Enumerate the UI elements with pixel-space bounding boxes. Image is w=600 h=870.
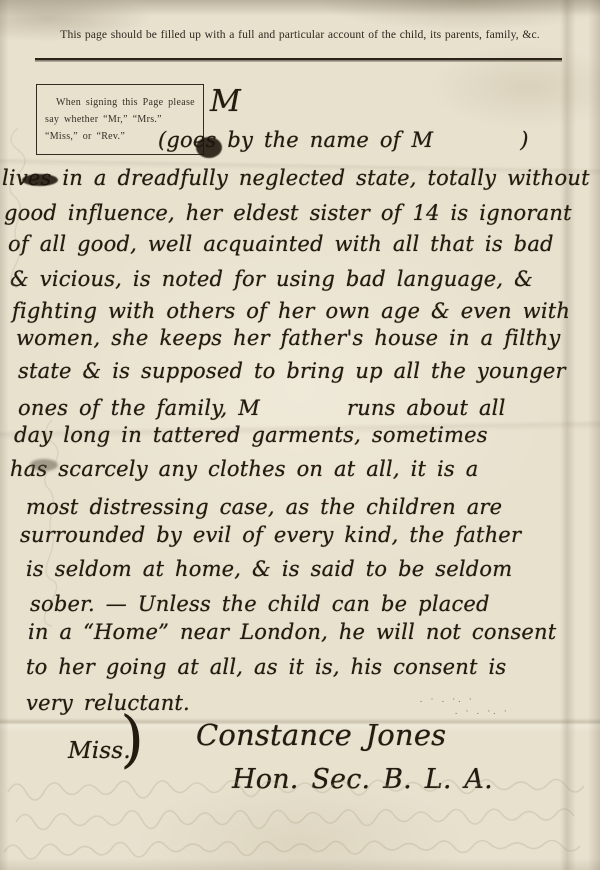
signature-name: Constance Jones [196, 718, 446, 752]
ink-blot [196, 137, 222, 158]
instruction-line: When signing this Page please [45, 94, 197, 111]
document-page: This page should be filled up with a ful… [0, 0, 600, 870]
header-divider-rule [35, 58, 562, 60]
bleed-through-writing [0, 770, 600, 870]
ink-spatter: . · . ·. · [420, 694, 570, 704]
printed-header-text: This page should be filled up with a ful… [18, 28, 582, 41]
handwritten-salutation: M [210, 84, 241, 119]
manuscript-line: very reluctant. [26, 691, 190, 715]
signature-bracket: ) [120, 702, 144, 775]
ink-spatter: . · . ·. · [455, 706, 575, 716]
bleed-through-writing [0, 120, 120, 680]
